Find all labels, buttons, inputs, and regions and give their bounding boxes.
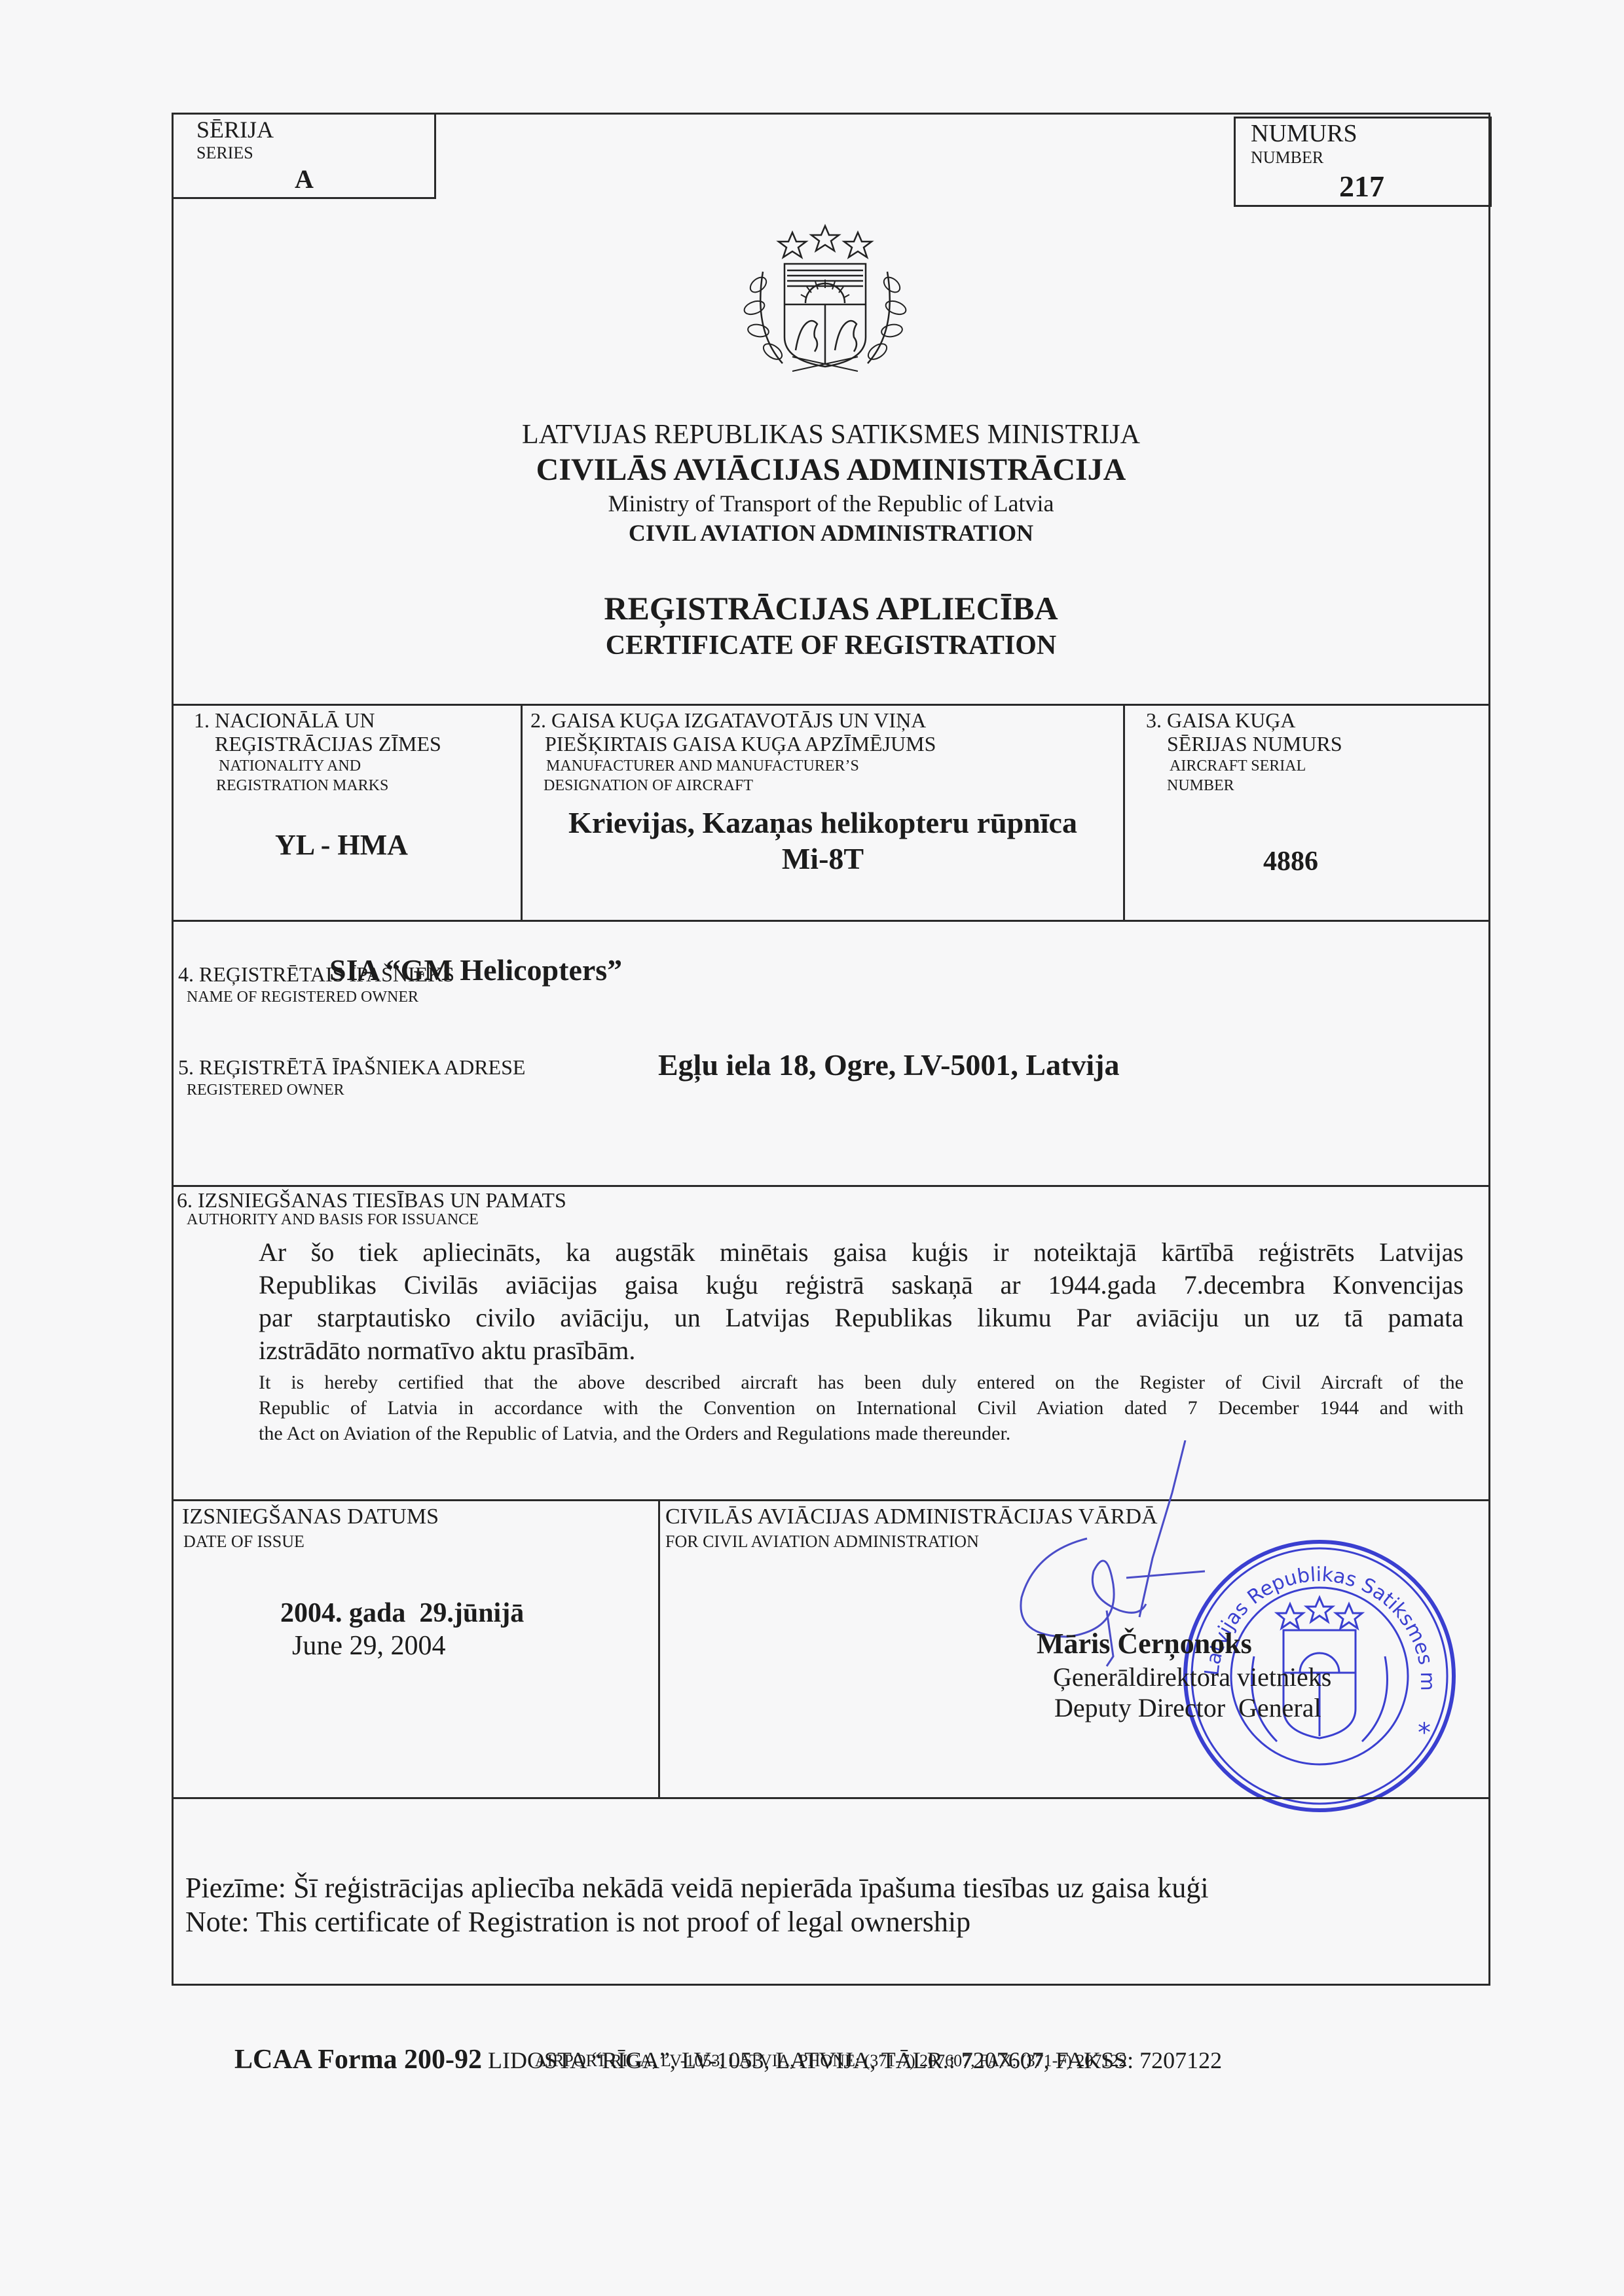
divider: [172, 1185, 1490, 1187]
owner-address-value: Egļu iela 18, Ogre, LV-5001, Latvija: [658, 1048, 1120, 1082]
certificate-title-lv: REĢISTRĀCIJAS APLIECĪBA: [172, 589, 1490, 627]
divider: [658, 1499, 660, 1797]
signatory-title-en: Deputy Director General: [1054, 1692, 1321, 1723]
divider: [172, 1499, 1490, 1501]
number-value: 217: [1339, 169, 1384, 204]
manufacturer-value: Krievijas, Kazaņas helikopteru rūpnīca: [523, 805, 1123, 840]
administration-name-lv: CIVILĀS AVIĀCIJAS ADMINISTRĀCIJA: [172, 452, 1490, 488]
field1-label-en-1: NATIONALITY AND: [219, 757, 361, 775]
field6-label-lv: 6. IZSNIEGŠANAS TIESĪBAS UN PAMATS: [177, 1188, 566, 1212]
footer-address-en: AIRPORT RIGA, LV-1053, LATVIA, PHONE: (3…: [172, 2051, 1490, 2071]
authority-text-lv-line: izstrādāto normatīvo aktu prasībām.: [259, 1334, 1464, 1367]
field2-label-lv-2: PIEŠĶIRTAIS GAISA KUĢA APZĪMĒJUMS: [545, 732, 936, 756]
issue-date-value-lv: 2004. gada 29.jūnijā: [280, 1597, 524, 1629]
owner-name-value: SIA “GM Helicopters”: [329, 953, 622, 987]
latvia-coat-of-arms-icon: [727, 200, 923, 376]
field1-label-lv-1: 1. NACIONĀLĀ UN: [194, 708, 375, 733]
series-value: A: [295, 164, 314, 194]
aircraft-model-value: Mi-8T: [523, 841, 1123, 876]
issue-date-label-lv: IZSNIEGŠANAS DATUMS: [182, 1504, 439, 1529]
field6-label-en: AUTHORITY AND BASIS FOR ISSUANCE: [187, 1211, 479, 1229]
field2-label-en-2: DESIGNATION OF AIRCRAFT: [544, 777, 753, 795]
authority-text-en-line: Republic of Latvia in accordance with th…: [259, 1395, 1464, 1421]
field5-label-lv: 5. REĢISTRĒTĀ ĪPAŠNIEKA ADRESE: [178, 1055, 525, 1080]
field2-label-lv-1: 2. GAISA KUĢA IZGATAVOTĀJS UN VIŅA: [530, 708, 926, 733]
note-lv: Piezīme: Šī reģistrācijas apliecība nekā…: [185, 1871, 1209, 1904]
authority-text-en: It is hereby certified that the above de…: [259, 1370, 1464, 1446]
field1-label-en-2: REGISTRATION MARKS: [216, 777, 388, 795]
ministry-name-en: Ministry of Transport of the Republic of…: [172, 490, 1490, 517]
field3-label-lv-2: SĒRIJAS NUMURS: [1167, 732, 1342, 756]
registration-marks-value: YL - HMA: [275, 828, 408, 862]
authority-text-en-line: It is hereby certified that the above de…: [259, 1370, 1464, 1395]
field3-label-lv-1: 3. GAISA KUĢA: [1146, 708, 1295, 733]
field3-label-en-1: AIRCRAFT SERIAL: [1170, 757, 1306, 775]
authority-text-lv-line: par starptautisko civilo aviāciju, un La…: [259, 1302, 1464, 1334]
authority-text-lv-line: Ar šo tiek apliecināts, ka augstāk minēt…: [259, 1236, 1464, 1269]
divider: [1123, 704, 1125, 922]
signatory-name: Māris Čerņonoks: [1037, 1627, 1252, 1660]
number-label-en: NUMBER: [1251, 147, 1323, 168]
field2-label-en-1: MANUFACTURER AND MANUFACTURER’S: [546, 757, 859, 775]
administration-name-en: CIVIL AVIATION ADMINISTRATION: [172, 519, 1490, 547]
series-label-en: SERIES: [196, 143, 253, 164]
field3-label-en-2: NUMBER: [1167, 777, 1234, 795]
serial-number-value: 4886: [1263, 846, 1318, 877]
field1-label-lv-2: REĢISTRĀCIJAS ZĪMES: [215, 732, 441, 756]
signatory-label-en: FOR CIVIL AVIATION ADMINISTRATION: [665, 1532, 979, 1552]
ministry-name-lv: LATVIJAS REPUBLIKAS SATIKSMES MINISTRIJA: [172, 419, 1490, 450]
field5-label-en: REGISTERED OWNER: [187, 1082, 344, 1099]
authority-text-en-line: the Act on Aviation of the Republic of L…: [259, 1421, 1464, 1446]
note-en: Note: This certificate of Registration i…: [185, 1905, 970, 1939]
divider: [172, 920, 1490, 922]
field4-label-en: NAME OF REGISTERED OWNER: [187, 989, 418, 1006]
signatory-title-lv: Ģenerāldirektora vietnieks: [1053, 1662, 1331, 1692]
divider: [172, 1797, 1490, 1799]
authority-text-lv-line: Republikas Civilās aviācijas gaisa kuģu …: [259, 1269, 1464, 1302]
certificate-title-en: CERTIFICATE OF REGISTRATION: [172, 630, 1490, 661]
issue-date-label-en: DATE OF ISSUE: [183, 1532, 304, 1552]
divider: [172, 704, 1490, 706]
svg-text:*: *: [1418, 1718, 1431, 1748]
authority-text-lv: Ar šo tiek apliecināts, ka augstāk minēt…: [259, 1236, 1464, 1367]
series-label-lv: SĒRIJA: [196, 117, 274, 143]
issue-date-value-en: June 29, 2004: [292, 1630, 446, 1662]
number-label-lv: NUMURS: [1251, 120, 1357, 147]
